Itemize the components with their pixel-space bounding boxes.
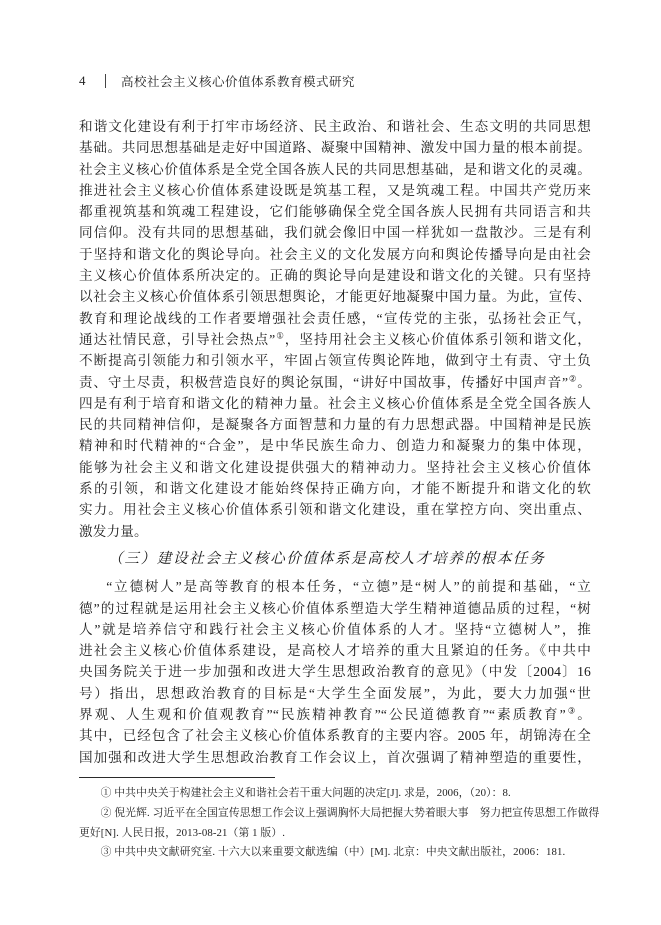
text-line: ② 倪光辉. 习近平在全国宣传思想工作会议上强调胸怀大局把握大势着眼大事 努力把… [79, 804, 591, 824]
header-divider-line [105, 74, 106, 88]
text-line: 基础。共同思想基础是走好中国道路、凝聚中国精神、激发中国力量的根本前提。 [79, 137, 591, 158]
paragraph-continuation: 和谐文化建设有利于打牢市场经济、民主政治、和谐社会、生态文明的共同思想基础。共同… [79, 116, 591, 542]
text-line: 号）指出，思想政治教育的目标是“大学生全面发展”，为此，要大力加强“世 [79, 683, 591, 704]
text-line: 界观、人生观和价值观教育”“民族精神教育”“公民道德教育”“素质教育”③。 [79, 704, 591, 725]
text-line: 实力。用社会主义核心价值体系引领和谐文化建设，重在掌控方向、突出重点、 [79, 499, 591, 520]
text-line: 人”就是培养信守和践行社会主义核心价值体系的人才。坚持“立德树人”，推 [79, 619, 591, 640]
footnote-reference-mark: ① [275, 330, 284, 340]
paragraph: “立德树人”是高等教育的根本任务，“立德”是“树人”的前提和基础，“立德”的过程… [79, 576, 591, 768]
text-line: 教育和理论战线的工作者要增强社会责任感，“宣传党的主张，弘扬社会正气， [79, 308, 591, 329]
text-line: 激发力量。 [79, 521, 591, 542]
text-line: 推进社会主义核心价值体系建设既是筑基工程，又是筑魂工程。中国共产党历来 [79, 180, 591, 201]
text-line: 四是有利于培育和谐文化的精神力量。社会主义核心价值体系是全党全国各族人 [79, 393, 591, 414]
text-line: 央国务院关于进一步加强和改进大学生思想政治教育的意见》（中发〔2004〕16 [79, 661, 591, 682]
text-line: 主义核心价值体系所决定的。正确的舆论导向是建设和谐文化的关键。只有坚持 [79, 265, 591, 286]
book-page: 4 高校社会主义核心价值体系教育模式研究 和谐文化建设有利于打牢市场经济、民主政… [0, 0, 661, 925]
text-line: 社会主义核心价值体系是全党全国各族人民的共同思想基础，是和谐文化的灵魂。 [79, 159, 591, 180]
text-line: 以社会主义核心价值体系引领思想舆论，才能更好地凝聚中国力量。为此，宣传、 [79, 286, 591, 307]
text-line: 责、守土尽责，积极营造良好的舆论氛围，“讲好中国故事，传播好中国声音”②。 [79, 372, 591, 393]
text-line: ① 中共中央关于构建社会主义和谐社会若干重大问题的决定[J]. 求是，2006，… [79, 784, 591, 804]
footnote-reference-mark: ② [568, 373, 577, 383]
running-title: 高校社会主义核心价值体系教育模式研究 [121, 72, 355, 90]
text-line: “立德树人”是高等教育的根本任务，“立德”是“树人”的前提和基础，“立 [79, 576, 591, 597]
text-line: 系的引领，和谐文化建设才能始终保持正确方向，才能不断提升和谐文化的软 [79, 478, 591, 499]
text-line: 进社会主义核心价值体系建设，是高校人才培养的重大且紧迫的任务。《中共中 [79, 640, 591, 661]
text-line: 德”的过程就是运用社会主义核心价值体系塑造大学生精神道德品质的过程，“树 [79, 598, 591, 619]
text-line: ③ 中共中央文献研究室. 十六大以来重要文献选编（中）[M]. 北京：中央文献出… [79, 843, 591, 863]
text-line: 民的共同精神信仰，是凝聚各方面智慧和力量的有力思想武器。中国精神是民族 [79, 414, 591, 435]
text-line: 同信仰。没有共同的思想基础，我们就会像旧中国一样犹如一盘散沙。三是有利 [79, 222, 591, 243]
page-number: 4 [79, 73, 86, 89]
text-line: 国加强和改进大学生思想政治教育工作会议上，首次强调了精神塑造的重要性， [79, 747, 591, 768]
text-line: 能够为社会主义和谐文化建设提供强大的精神动力。坚持社会主义核心价值体 [79, 457, 591, 478]
text-line: 精神和时代精神的“合金”，是中华民族生命力、创造力和凝聚力的集中体现， [79, 435, 591, 456]
page-body: 和谐文化建设有利于打牢市场经济、民主政治、和谐社会、生态文明的共同思想基础。共同… [79, 116, 591, 863]
text-line: 和谐文化建设有利于打牢市场经济、民主政治、和谐社会、生态文明的共同思想 [79, 116, 591, 137]
footnotes: ① 中共中央关于构建社会主义和谐社会若干重大问题的决定[J]. 求是，2006，… [79, 784, 591, 863]
footnote-separator [79, 777, 275, 778]
text-line: 通达社情民意，引导社会热点”①，坚持用社会主义核心价值体系引领和谐文化， [79, 329, 591, 350]
text-line: 都重视筑基和筑魂工程建设，它们能够确保全党全国各族人民拥有共同语言和共 [79, 201, 591, 222]
text-line: 更好[N]. 人民日报，2013-08-21（第 1 版）. [79, 824, 591, 844]
text-line: 于坚持和谐文化的舆论导向。社会主义的文化发展方向和舆论传播导向是由社会 [79, 244, 591, 265]
footnote-reference-mark: ③ [566, 705, 577, 715]
running-header: 4 高校社会主义核心价值体系教育模式研究 [79, 72, 355, 90]
section-heading: （三）建设社会主义核心价值体系是高校人才培养的根本任务 [79, 549, 591, 570]
text-line: 不断提高引领能力和引领水平，牢固占领宣传舆论阵地，做到守土有责、守土负 [79, 350, 591, 371]
text-line: 其中，已经包含了社会主义核心价值体系教育的主要内容。2005 年，胡锦涛在全 [79, 725, 591, 746]
